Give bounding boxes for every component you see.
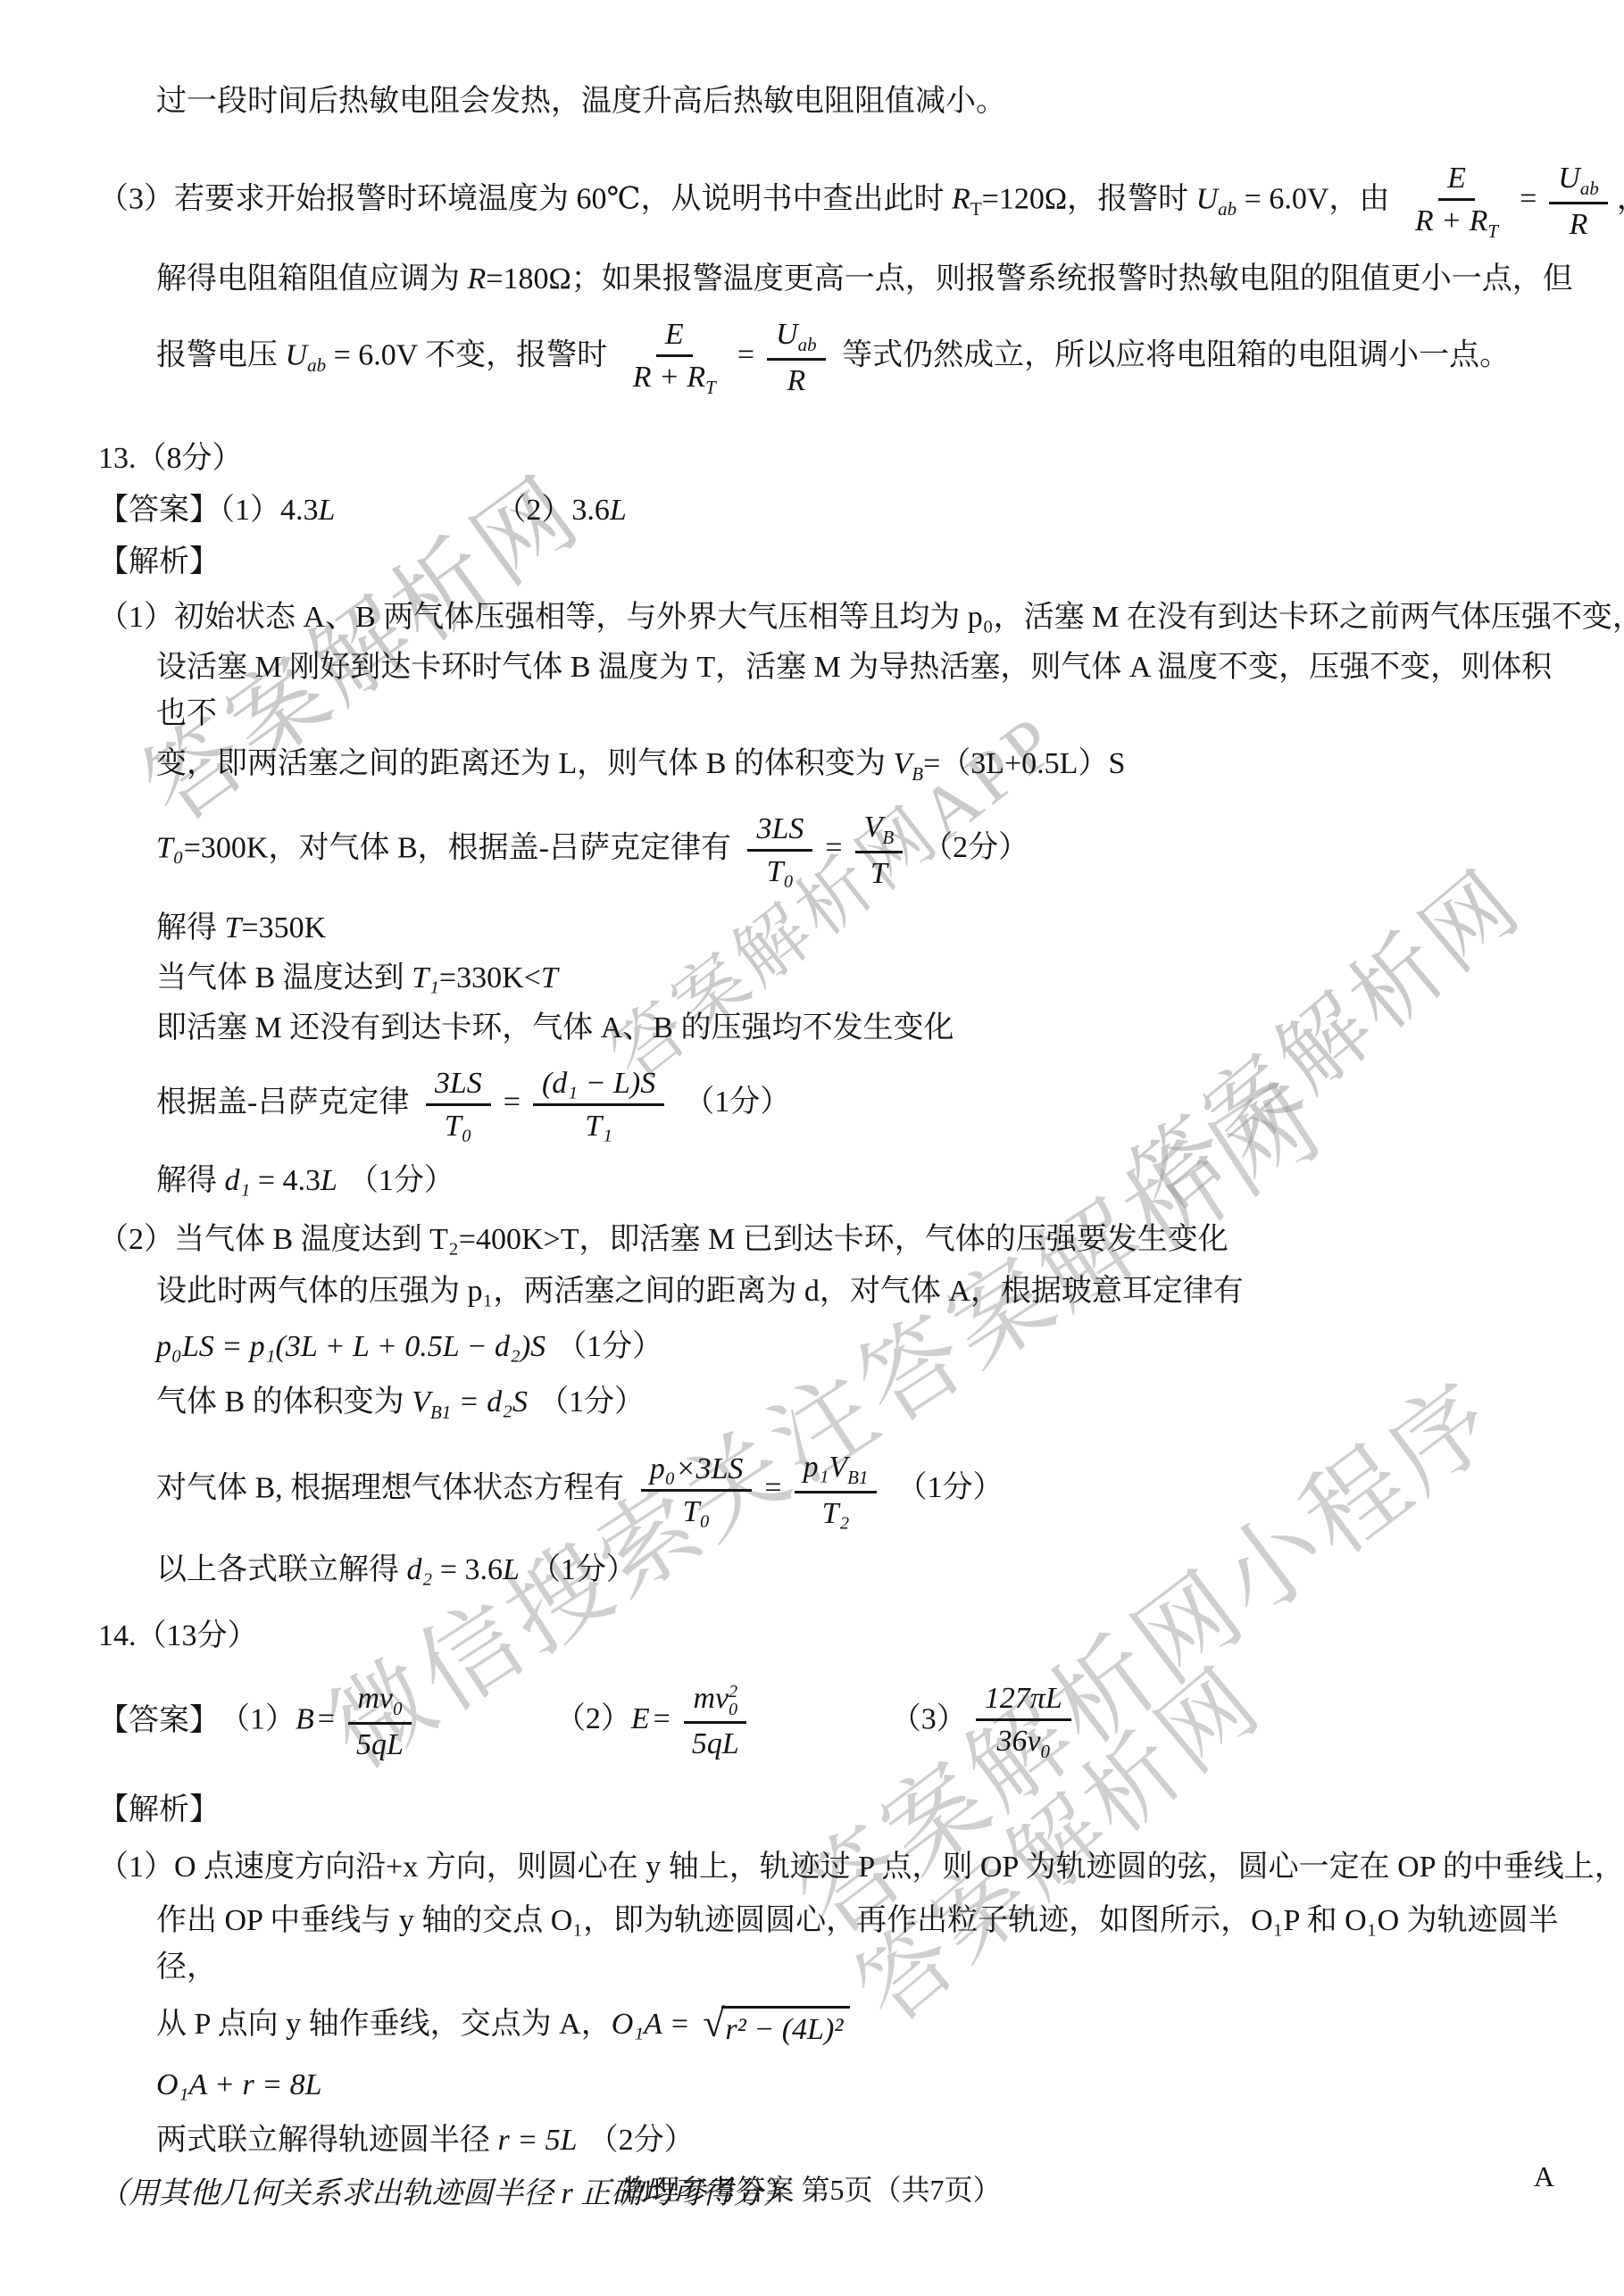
var-VB: V [893, 747, 912, 780]
answer-label: 【答案】 [98, 494, 220, 527]
fraction-3LS-over-T0: 3LST₀ [747, 811, 812, 889]
footer-text: 物理参考答案 第5页（共7页） [622, 2174, 1001, 2206]
fraction-mv0-over-5qL: mv05qL [347, 1681, 412, 1762]
score-2: （2分） [922, 831, 1029, 864]
q13-p2-result-line: 以上各式联立解得 d₂ = 3.6L（1分） [156, 1547, 1575, 1593]
q13-p1-line7: 即活塞 M 还没有到达卡环，气体 A、B 的压强均不发生变化 [156, 1005, 1575, 1052]
q13-explanation-label: 【解析】 [98, 539, 1575, 586]
score-1: （1分） [556, 1330, 662, 1363]
item3-line1: （3）若要求开始报警时环境温度为 60℃，从说明书中查出此时 RT=120Ω，报… [98, 155, 1575, 247]
q13-p2-line2: 设此时两气体的压强为 p₁，两活塞之间的距离为 d，对气体 A，根据玻意耳定律有 [156, 1269, 1575, 1315]
q14-answer-3: （3）127πL36v0 [891, 1676, 1080, 1768]
q13-p1-line5: 解得 T=350K [156, 905, 1575, 952]
q13-heading: 13.（8分） [98, 436, 1575, 482]
score-2: （2分） [588, 2124, 695, 2157]
q13-answer-line: 【答案】（1）4.3L（2）3.6L [98, 487, 1575, 534]
fraction-E-over-RRT: ER + RT [1406, 161, 1507, 242]
var-Uab: U [1196, 182, 1219, 215]
intro-line: 过一段时间后热敏电阻会发热，温度升高后热敏电阻阻值减小。 [156, 79, 1575, 125]
fraction-p1VB1-over-T2: p₁VB1T₂ [795, 1450, 878, 1531]
q13-p2-label: （2） [98, 1223, 174, 1256]
q13-p2-volume-line: 气体 B 的体积变为 VB1 = d₂S（1分） [156, 1379, 1575, 1435]
fraction-mv02-over-5qL: mv205qL [683, 1681, 748, 1761]
fraction-p03LS-over-T0: p₀×3LST₀ [641, 1452, 753, 1529]
q13-p2-line1: （2）当气体 B 温度达到 T₂=400K>T，即活塞 M 已到达卡环，气体的压… [98, 1217, 1575, 1263]
q14-answer-2: （2）E=mv205qL [555, 1676, 757, 1767]
q13-p1-gay-lussac-line2: 根据盖-吕萨克定律 3LST₀=(d₁ − L)ST₁（1分） [156, 1061, 1575, 1149]
footer-version-mark: A [1534, 2160, 1554, 2193]
square-root: √r² − (4L)² [703, 2006, 850, 2048]
answer-sheet-page: 答案解析网 答案解析网APP 答案解析网 微信搜索关注答案解析网 答案解析网小程… [0, 0, 1624, 2296]
q14-p1-equation2: O₁A + r = 8L [156, 2062, 1575, 2109]
q14-heading: 14.（13分） [98, 1613, 1575, 1660]
q14-p1-label: （1） [98, 1851, 174, 1884]
var-Uab: U [286, 338, 308, 371]
q14-answer-line: 【答案】 （1）B=mv05qL （2）E=mv205qL （3）127πL36… [98, 1676, 1575, 1768]
fraction-Uab-over-R: UabR [767, 317, 826, 398]
fraction-127piL-over-36v0: 127πL36v0 [976, 1681, 1071, 1762]
item3-line2: 解得电阻箱阻值应调为 R=180Ω；如果报警温度更高一点，则报警系统报警时热敏电… [156, 256, 1575, 303]
q14-answer-1: （1）B=mv05qL [220, 1676, 421, 1768]
q13-p1-line2: 设活塞 M 刚好到达卡环时气体 B 温度为 T，活塞 M 为导热活塞，则气体 A… [156, 645, 1575, 737]
item3-label: （3） [98, 182, 174, 215]
fraction-E-over-RRT: ER + RT [624, 317, 725, 398]
q13-p1-label: （1） [98, 601, 174, 634]
q13-p2-boyle-equation: p₀LS = p₁(3L + L + 0.5L − d₂)S（1分） [156, 1324, 1575, 1370]
score-1: （1分） [896, 1471, 1003, 1504]
var-RT: R [952, 182, 970, 215]
page-footer: 物理参考答案 第5页（共7页） [0, 2167, 1624, 2209]
score-1: （1分） [530, 1553, 637, 1586]
score-1: （1分） [348, 1164, 454, 1197]
q14-p1-sqrt-line: 从 P 点向 y 轴作垂线，交点为 A，O₁A = √r² − (4L)² [156, 2001, 1575, 2048]
q13-p1-line6: 当气体 B 温度达到 T₁=330K<T [156, 955, 1575, 1002]
q13-answer-1: （1）4.3 [220, 494, 319, 527]
q13-p1-line1: （1）初始状态 A、B 两气体压强相等，与外界大气压相等且均为 p₀，活塞 M … [98, 595, 1575, 641]
score-1: （1分） [684, 1086, 790, 1119]
q13-p1-line3: 变，即两活塞之间的距离还为 L，则气体 B 的体积变为 VB=（3L+0.5L）… [156, 741, 1575, 797]
page-content: 过一段时间后热敏电阻会发热，温度升高后热敏电阻阻值减小。 （3）若要求开始报警时… [98, 79, 1575, 2217]
var-R: R [468, 262, 487, 295]
q14-p1-line2: 作出 OP 中垂线与 y 轴的交点 O₁，即为轨迹圆圆心，再作出粒子轨迹，如图所… [156, 1898, 1575, 1991]
fraction-3LS-over-T0: 3LST₀ [426, 1066, 491, 1144]
fraction-d1LS-over-T1: (d₁ − L)ST₁ [533, 1066, 664, 1144]
q13-p1-gay-lussac-line: T₀=300K，对气体 B，根据盖-吕萨克定律有 3LST₀=VBT（2分） [156, 804, 1575, 896]
q13-p2-ideal-gas-line: 对气体 B, 根据理想气体状态方程有 p₀×3LST₀=p₁VB1T₂（1分） [156, 1444, 1575, 1536]
q14-p1-line1: （1）O 点速度方向沿+x 方向，则圆心在 y 轴上，轨迹过 P 点，则 OP … [98, 1844, 1575, 1891]
q14-explanation-label: 【解析】 [98, 1787, 1575, 1834]
answer-label: 【答案】 [98, 1698, 220, 1744]
q13-p1-result-line: 解得 d₁ = 4.3L（1分） [156, 1158, 1575, 1204]
fraction-VB-over-T: VBT [855, 810, 904, 891]
q13-answer-2: （2）3.6 [496, 494, 610, 527]
var-VB1: V [412, 1385, 430, 1418]
score-1: （1分） [538, 1385, 645, 1418]
q14-p1-result-line: 两式联立解得轨迹圆半径 r = 5L（2分） [156, 2117, 1575, 2164]
fraction-Uab-over-R: UabR [1549, 161, 1608, 242]
item3-line3: 报警电压 Uab = 6.0V 不变，报警时 ER + RT=UabR 等式仍然… [156, 312, 1575, 403]
